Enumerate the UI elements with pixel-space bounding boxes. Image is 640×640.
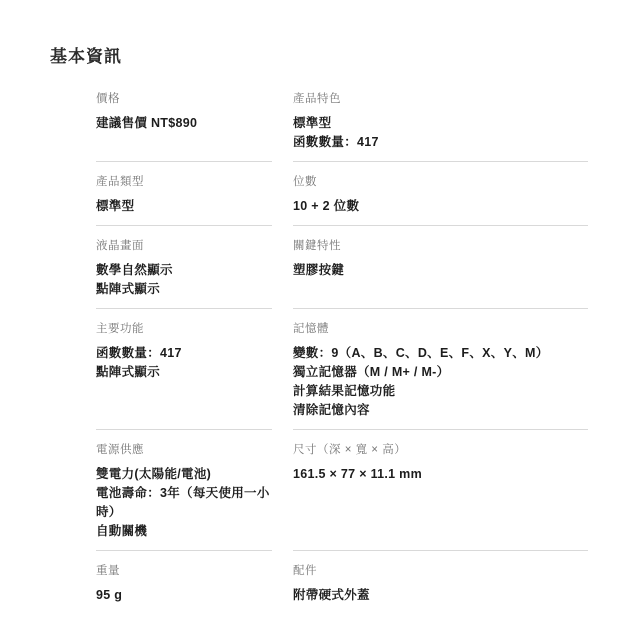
- spec-value-line: 標準型: [96, 197, 272, 216]
- spec-value-line: 獨立記憶器（M / M+ / M-）: [293, 363, 588, 382]
- spec-label: 電源供應: [96, 444, 272, 456]
- page-title: 基本資訊: [50, 42, 122, 67]
- spec-label: 尺寸（深 × 寬 × 高）: [293, 444, 588, 456]
- spec-value-line: 函數數量：417: [293, 133, 588, 152]
- spec-value-line: 計算結果記憶功能: [293, 382, 588, 401]
- spec-value-line: 附帶硬式外蓋: [293, 586, 588, 605]
- product-spec-page: 基本資訊 價格 建議售價 NT$890 產品特色 標準型 函數數量：417 產品…: [0, 0, 640, 640]
- spec-cell-key-characteristics: 關鍵特性 塑膠按鍵: [293, 226, 588, 309]
- spec-grid: 價格 建議售價 NT$890 產品特色 標準型 函數數量：417 產品類型 標準…: [96, 79, 588, 614]
- spec-label: 產品特色: [293, 93, 588, 105]
- spec-value-line: 點陣式顯示: [96, 280, 272, 299]
- spec-label: 液晶畫面: [96, 240, 272, 252]
- spec-label: 價格: [96, 93, 272, 105]
- spec-value-line: 10 + 2 位數: [293, 197, 588, 216]
- spec-cell-memory: 記憶體 變數：9（A、B、C、D、E、F、X、Y、M） 獨立記憶器（M / M+…: [293, 309, 588, 430]
- spec-cell-price: 價格 建議售價 NT$890: [96, 79, 272, 162]
- spec-label: 關鍵特性: [293, 240, 588, 252]
- spec-value-line: 標準型: [293, 114, 588, 133]
- spec-value-line: 點陣式顯示: [96, 363, 272, 382]
- spec-value-line: 自動關機: [96, 522, 272, 541]
- spec-cell-main-functions: 主要功能 函數數量：417 點陣式顯示: [96, 309, 272, 430]
- spec-cell-product-features: 產品特色 標準型 函數數量：417: [293, 79, 588, 162]
- spec-value-line: 95 g: [96, 586, 272, 605]
- spec-cell-weight: 重量 95 g: [96, 551, 272, 614]
- spec-cell-dimensions: 尺寸（深 × 寬 × 高） 161.5 × 77 × 11.1 mm: [293, 430, 588, 551]
- spec-label: 記憶體: [293, 323, 588, 335]
- spec-cell-lcd-display: 液晶畫面 數學自然顯示 點陣式顯示: [96, 226, 272, 309]
- spec-label: 主要功能: [96, 323, 272, 335]
- spec-value-line: 電池壽命：3年（每天使用一小時）: [96, 484, 272, 522]
- spec-cell-power-supply: 電源供應 雙電力(太陽能/電池) 電池壽命：3年（每天使用一小時） 自動關機: [96, 430, 272, 551]
- spec-value-line: 建議售價 NT$890: [96, 114, 272, 133]
- spec-cell-accessories: 配件 附帶硬式外蓋: [293, 551, 588, 614]
- spec-value-line: 函數數量：417: [96, 344, 272, 363]
- spec-label: 產品類型: [96, 176, 272, 188]
- spec-cell-product-type: 產品類型 標準型: [96, 162, 272, 226]
- spec-label: 位數: [293, 176, 588, 188]
- spec-value-line: 161.5 × 77 × 11.1 mm: [293, 465, 588, 484]
- spec-cell-digits: 位數 10 + 2 位數: [293, 162, 588, 226]
- spec-label: 重量: [96, 565, 272, 577]
- spec-value-line: 雙電力(太陽能/電池): [96, 465, 272, 484]
- spec-value-line: 數學自然顯示: [96, 261, 272, 280]
- spec-label: 配件: [293, 565, 588, 577]
- spec-value-line: 變數：9（A、B、C、D、E、F、X、Y、M）: [293, 344, 588, 363]
- spec-value-line: 清除記憶內容: [293, 401, 588, 420]
- spec-value-line: 塑膠按鍵: [293, 261, 588, 280]
